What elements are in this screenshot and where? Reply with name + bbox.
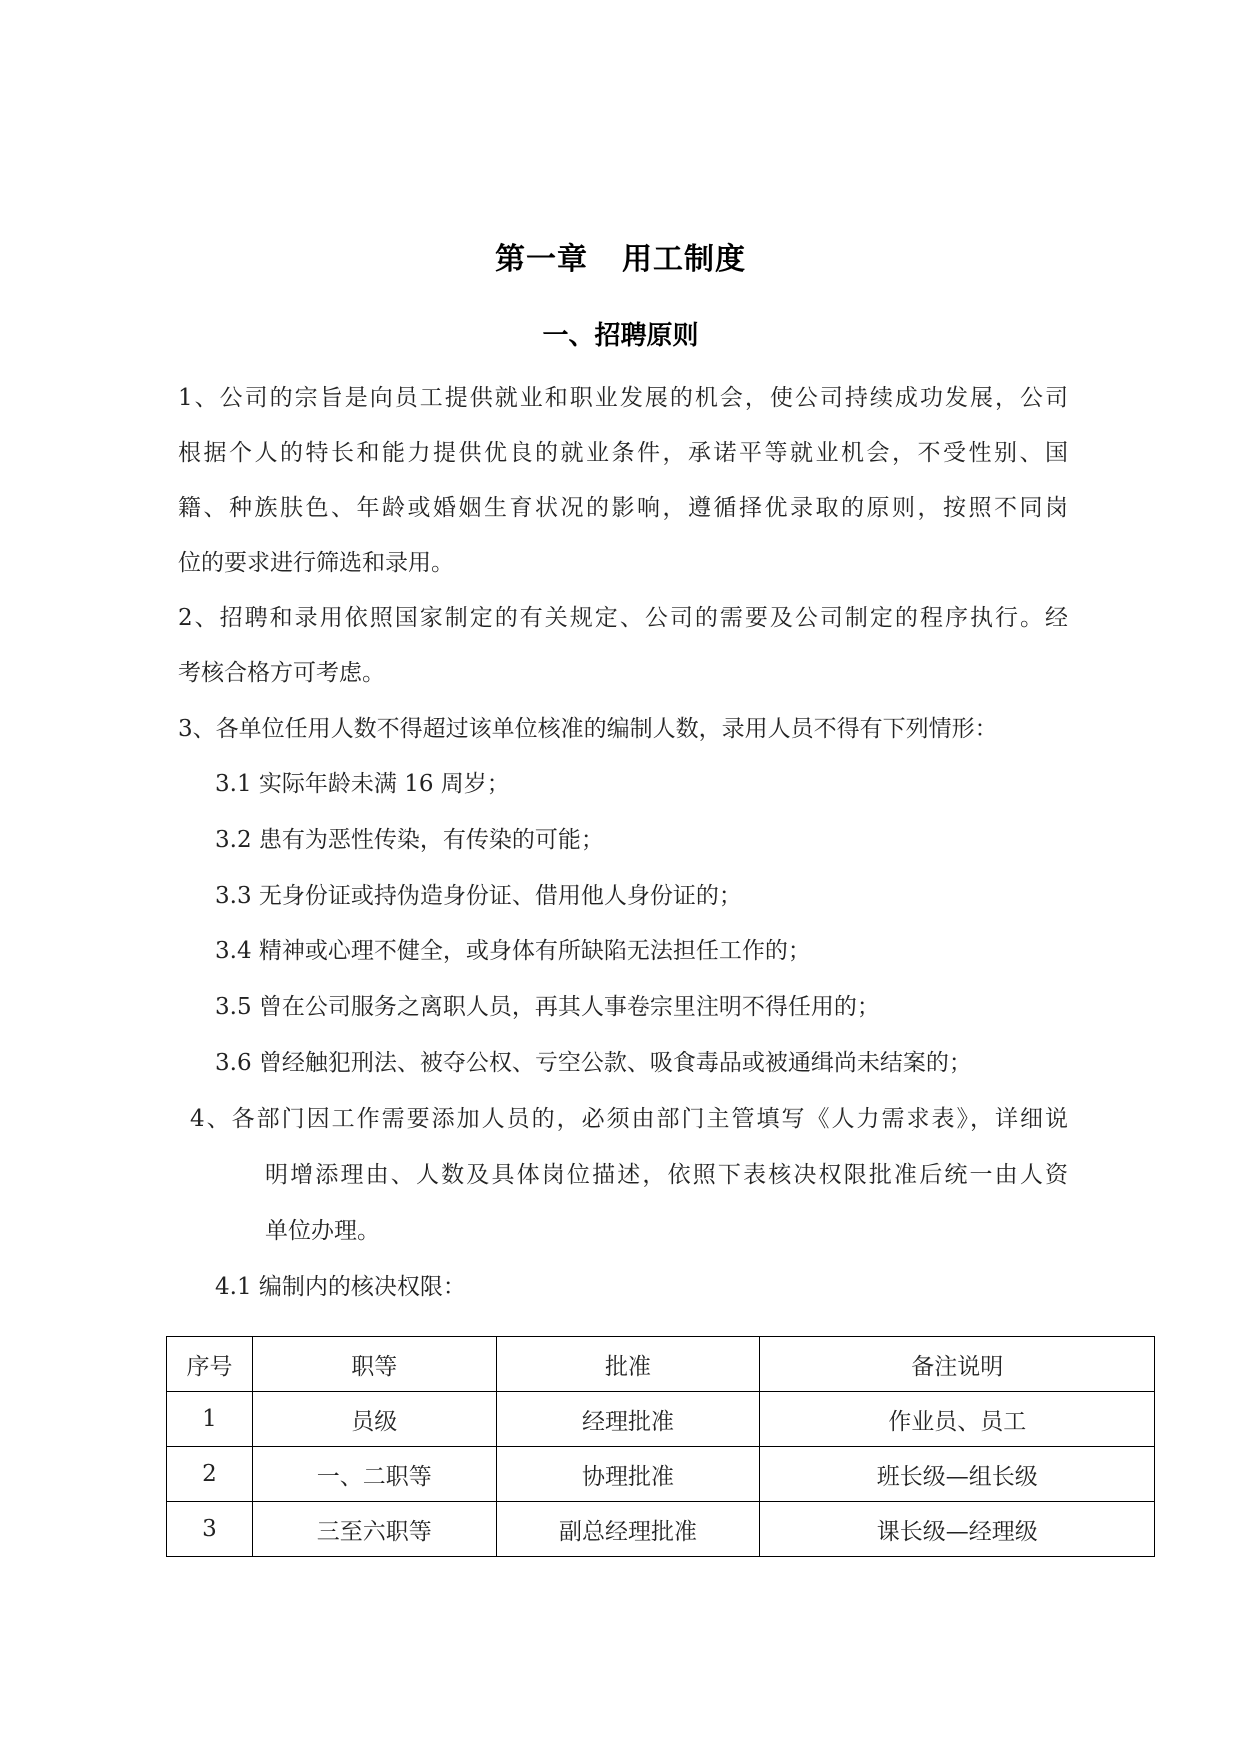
table-header-row: 序号 职等 批准 备注说明 [167,1337,1155,1392]
cell-grade: 一、二职等 [252,1447,496,1502]
approval-authority-table: 序号 职等 批准 备注说明 1 员级 经理批准 作业员、员工 2 一、二职等 协… [166,1336,1155,1557]
table-row: 2 一、二职等 协理批准 班长级—组长级 [167,1447,1155,1502]
cell-seq: 3 [167,1502,253,1557]
paragraph-4-subheading: 4.1 编制内的核决权限： [215,1270,466,1304]
paragraph-3-item-5: 3.5 曾在公司服务之离职人员，再其人事卷宗里注明不得任用的； [215,990,880,1024]
paragraph-3-item-6: 3.6 曾经触犯刑法、被夺公权、亏空公款、吸食毒品或被通缉尚未结案的； [215,1046,972,1080]
paragraph-1-line-4: 位的要求进行筛选和录用。 [178,546,1068,580]
paragraph-4-line-2: 明增添理由、人数及具体岗位描述，依照下表核决权限批准后统一由人资 [265,1158,1068,1192]
header-approval: 批准 [496,1337,760,1392]
header-seq: 序号 [167,1337,253,1392]
table-row: 3 三至六职等 副总经理批准 课长级—经理级 [167,1502,1155,1557]
paragraph-2-line-2: 考核合格方可考虑。 [178,656,1068,690]
cell-approval: 副总经理批准 [496,1502,760,1557]
paragraph-4-line-1: 4、各部门因工作需要添加人员的，必须由部门主管填写《人力需求表》，详细说 [190,1102,1068,1136]
paragraph-3-item-4: 3.4 精神或心理不健全，或身体有所缺陷无法担任工作的； [215,934,811,968]
paragraph-1-line-2: 根据个人的特长和能力提供优良的就业条件，承诺平等就业机会，不受性别、国 [178,436,1068,470]
table-row: 1 员级 经理批准 作业员、员工 [167,1392,1155,1447]
paragraph-3-item-1: 3.1 实际年龄未满 16 周岁； [215,767,510,801]
cell-approval: 经理批准 [496,1392,760,1447]
cell-remarks: 作业员、员工 [760,1392,1155,1447]
section-title: 一、招聘原则 [0,318,1241,354]
cell-grade: 员级 [252,1392,496,1447]
paragraph-1-line-1: 1、公司的宗旨是向员工提供就业和职业发展的机会，使公司持续成功发展，公司 [178,381,1068,415]
paragraph-3-item-3: 3.3 无身份证或持伪造身份证、借用他人身份证的； [215,879,742,913]
chapter-title: 第一章用工制度 [0,240,1241,280]
cell-approval: 协理批准 [496,1447,760,1502]
cell-seq: 1 [167,1392,253,1447]
document-page: 第一章用工制度 一、招聘原则 1、公司的宗旨是向员工提供就业和职业发展的机会，使… [0,0,1241,1754]
cell-remarks: 班长级—组长级 [760,1447,1155,1502]
cell-grade: 三至六职等 [252,1502,496,1557]
paragraph-3-item-2: 3.2 患有为恶性传染，有传染的可能； [215,823,604,857]
header-remarks: 备注说明 [760,1337,1155,1392]
paragraph-3-intro: 3、各单位任用人数不得超过该单位核准的编制人数，录用人员不得有下列情形： [178,712,1068,746]
cell-seq: 2 [167,1447,253,1502]
paragraph-4-line-3: 单位办理。 [265,1214,1068,1248]
chapter-name: 用工制度 [622,242,746,277]
chapter-number: 第一章 [495,242,588,277]
paragraph-1-line-3: 籍、种族肤色、年龄或婚姻生育状况的影响，遵循择优录取的原则，按照不同岗 [178,491,1068,525]
paragraph-2-line-1: 2、招聘和录用依照国家制定的有关规定、公司的需要及公司制定的程序执行。经 [178,601,1068,635]
cell-remarks: 课长级—经理级 [760,1502,1155,1557]
header-grade: 职等 [252,1337,496,1392]
